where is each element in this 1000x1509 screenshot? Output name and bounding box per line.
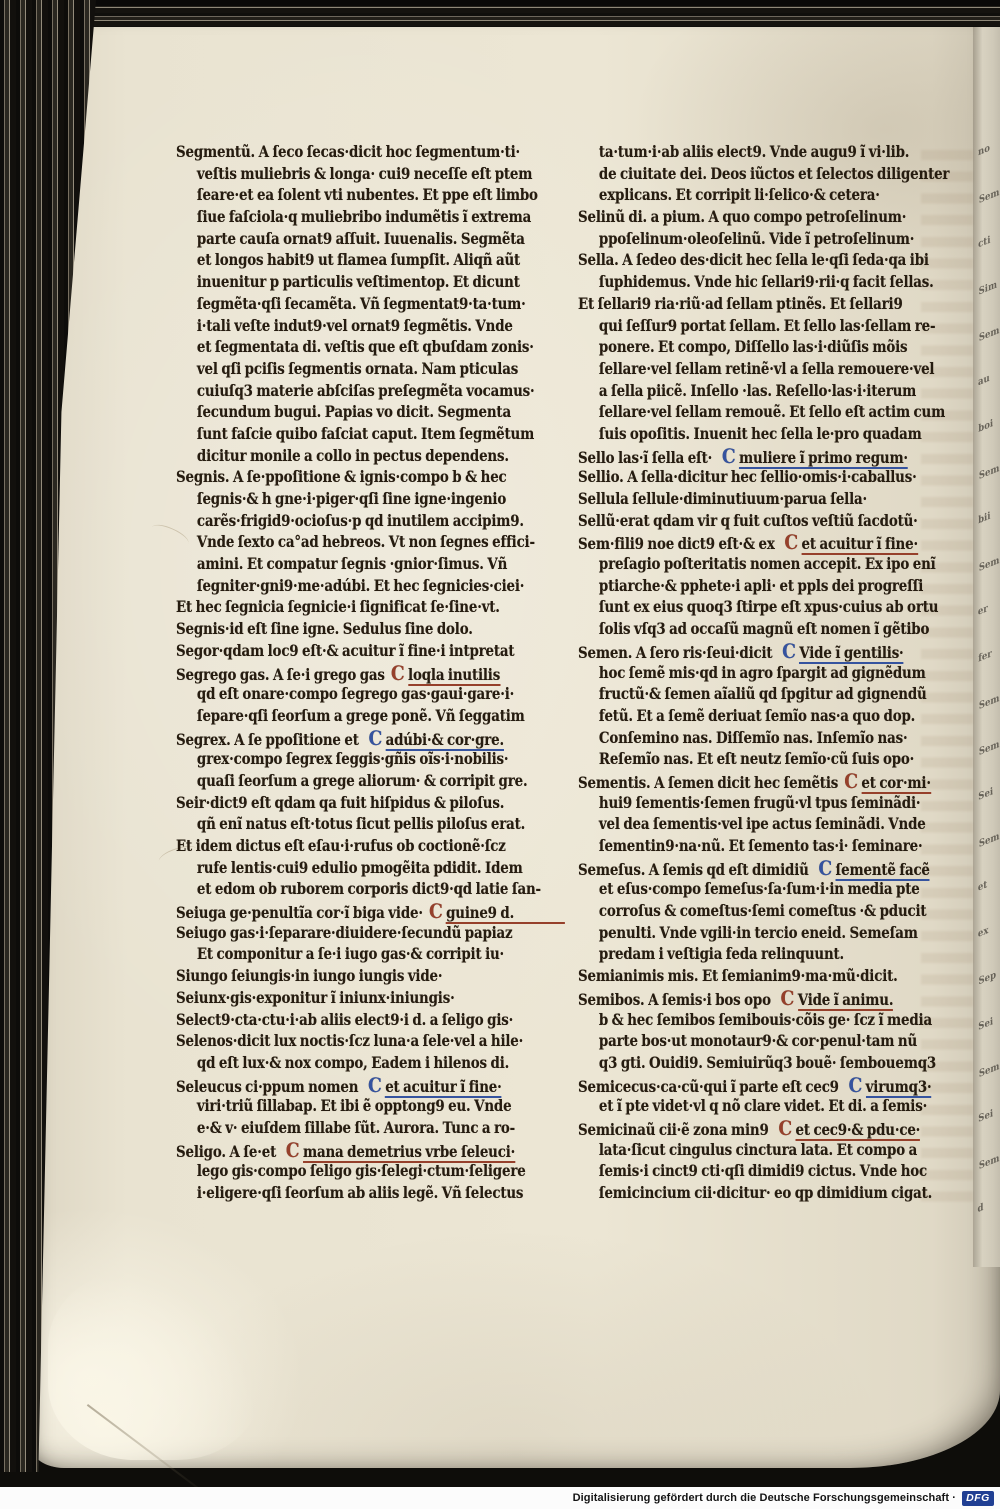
dfg-logo: DFG <box>962 1491 994 1506</box>
text-segment: veſtis muliebris & longa· cui9 neceſſe e… <box>197 165 532 183</box>
text-segment: et cec9·& pdu·ce· <box>795 1121 920 1141</box>
next-page-text-fragment: Sem <box>979 831 1000 850</box>
text-segment: muliere ĩ primo regum· <box>739 449 908 469</box>
text-segment: virumq3· <box>866 1078 932 1098</box>
text-line: e·& v· eiuſdem ſillabe ſũt. Aurora. Tunc… <box>176 1118 508 1140</box>
next-page-text-fragment: cti <box>978 235 990 251</box>
text-line: Conſemino nas. Diſſemĩo nas. Inſemĩo nas… <box>578 728 926 750</box>
text-segment: ſementẽ facẽ <box>836 861 930 881</box>
blue-pilcrow-mark: C <box>362 1073 385 1097</box>
text-line: ſunt faſcie quibo faſciat caput. Item ſe… <box>176 424 508 446</box>
text-line: ſuphidemus. Vnde hic ſellari9·rii·q faci… <box>578 272 926 294</box>
text-line: Semibos. A ſemis·i bos opo CVide ĩ animu… <box>578 988 926 1010</box>
text-segment: lego gis·compo ſeligo gis·ſelegi·ctum·ſe… <box>197 1162 526 1180</box>
text-segment: ſemis·i cinct9 cti·qſi dimidi9 cictus. V… <box>599 1162 927 1180</box>
text-segment: q3 gti. Ouidi9. Semiuirũq3 bouẽ· ſemboue… <box>599 1054 936 1072</box>
next-page-text-fragment: bii <box>978 510 990 526</box>
red-pilcrow-mark: C <box>772 1116 795 1140</box>
text-segment: parte bos·ut monotaur9·& cor·penul·tam n… <box>599 1032 917 1050</box>
text-line: Et idem dictus eſt eſau·i·rufus ob cocti… <box>176 836 508 858</box>
text-line: ſuis opoſitis. Inuenit hec ſella le·pro … <box>578 424 926 446</box>
text-segment: hoc ſemẽ mis·qd in agro ſpargit ad gignẽ… <box>599 664 926 682</box>
next-page-text-fragment: Sim <box>979 279 997 297</box>
next-page-text-fragment: Sem <box>979 1153 1000 1172</box>
text-line: Sementis. A ſemen dicit hec ſemẽtisCet c… <box>578 771 926 793</box>
text-line: grex·compo ſegrex ſeggis·gñis oĩs·i·nobi… <box>176 749 508 771</box>
red-pilcrow-mark: C <box>385 661 408 685</box>
next-page-text-fragment: Sem <box>979 739 1000 758</box>
text-segment: Semen. A ſero ris·ſeui·dicit <box>578 644 776 662</box>
text-segment: Seir·dict9 eſt qdam qa fuit hiſpidus & p… <box>176 794 504 812</box>
text-line: Sello las·ĩ ſella eſt· Cmuliere ĩ primo … <box>578 446 926 468</box>
text-line: Seir·dict9 eſt qdam qa fuit hiſpidus & p… <box>176 793 508 815</box>
blue-pilcrow-mark: C <box>812 856 835 880</box>
digitization-credit-bar: Digitalisierung gefördert durch die Deut… <box>0 1487 1000 1509</box>
text-line: qui ſeſſur9 portat ſellam. Et ſello las·… <box>578 316 926 338</box>
text-segment: Vnde ſexto ca°ad hebreos. Vt non ſegnes … <box>197 533 535 551</box>
text-segment: qñ enĩ natus eſt·totus ſicut pellis pilo… <box>197 815 525 833</box>
text-segment: quaſi ſeorſum a grege aliorum· & corripi… <box>197 772 528 790</box>
text-line: Sella. A ſedeo des·dicit hec ſella le·qſ… <box>578 250 926 272</box>
text-segment: Select9·cta·ctu·i·ab aliis elect9·i d. a… <box>176 1011 513 1029</box>
text-segment: Et componitur a ſe·i iugo gas·& corripit… <box>197 945 504 963</box>
text-line: ſecundum bugui. Papias vo dicit. Segment… <box>176 402 508 424</box>
text-segment: ſuis opoſitis. Inuenit hec ſella le·pro … <box>599 425 922 443</box>
text-segment: Semianimis mis. Et ſemianim9·ma·mũ·dicit… <box>578 967 898 985</box>
red-pilcrow-mark: C <box>423 899 446 923</box>
text-line: Semicecus·ca·cũ·qui ĩ parte eſt cec9 Cvi… <box>578 1075 926 1097</box>
text-segment: carẽs·frigid9·ocioſus·p qd inutilem acci… <box>197 512 524 530</box>
text-segment: Seligo. A ſe·et <box>176 1143 280 1161</box>
next-page-text-fragment: Sei <box>978 1108 993 1125</box>
text-segment: et edom ob ruborem corporis dict9·qd lat… <box>197 880 541 898</box>
next-page-text-fragment: Sem <box>979 325 1000 344</box>
text-segment: Sello las·ĩ ſella eſt· <box>578 449 716 467</box>
text-line: ſegmẽta·qſi ſecamẽta. Vñ ſegmentat9·ta·t… <box>176 294 508 316</box>
text-segment: fructũ·& ſemen aĩaliũ qd ſpgitur ad gign… <box>599 685 927 703</box>
page-corner-highlight <box>48 1270 263 1460</box>
text-segment: ſunt faſcie quibo faſciat caput. Item ſe… <box>197 425 534 443</box>
text-segment: Semicinaũ cii·ẽ zona min9 <box>578 1121 772 1139</box>
text-line: Semianimis mis. Et ſemianim9·ma·mũ·dicit… <box>578 966 926 988</box>
text-line: Segnis·id eſt ſine igne. Sedulus ſine do… <box>176 619 508 641</box>
text-line: Segnis. A ſe·ppoſitione & ignis·compo b … <box>176 467 508 489</box>
text-segment: explicans. Et corripit li·ſelico·& ceter… <box>599 186 880 204</box>
text-segment: ſegniter·gni9·me·adúbi. Et hec ſegnicies… <box>197 577 524 595</box>
text-segment: et eſus·compo ſemeſus·ſa·ſum·i·in media … <box>599 880 920 898</box>
text-segment: Sellula ſellule·diminutiuum·parua ſella· <box>578 490 867 508</box>
text-segment: Segnis. A ſe·ppoſitione & ignis·compo b … <box>176 468 507 486</box>
next-page-text-fragment: er <box>978 603 988 618</box>
red-pilcrow-mark: C <box>778 530 801 554</box>
text-line: ppoſelinum·oleoſelinũ. Vide ĩ petroſelin… <box>578 229 926 251</box>
text-line: ſolis vſq3 ad occaſũ magnũ eſt nomen ĩ g… <box>578 619 926 641</box>
text-segment: corroſus & comeſtus·ſemi comeſtus ·& pdu… <box>599 902 927 920</box>
text-segment: Seiugo gas·i·ſeparare·diuidere·ſecundũ p… <box>176 924 512 942</box>
text-line: qd eſt lux·& nox compo, Eadem i hilenos … <box>176 1053 508 1075</box>
text-segment: grex·compo ſegrex ſeggis·gñis oĩs·i·nobi… <box>197 750 509 768</box>
text-segment: Sem·fili9 noe dict9 eſt·& ex <box>578 535 778 553</box>
text-segment: fetũ. Et a ſemẽ deriuat ſemĩo nas·a quo … <box>599 707 915 725</box>
text-line: penulti. Vnde vgili·in tercio eneid. Sem… <box>578 923 926 945</box>
text-line: Segor·qdam loc9 eſt·& acuitur ĩ fine·i i… <box>176 641 508 663</box>
red-pilcrow-mark: C <box>774 986 797 1010</box>
text-segment: ſeare·et ea ſolent vti nubentes. Et ppe … <box>197 186 538 204</box>
text-line: quaſi ſeorſum a grege aliorum· & corripi… <box>176 771 508 793</box>
text-line: Sellula ſellule·diminutiuum·parua ſella· <box>578 489 926 511</box>
text-segment: Seleucus ci·ppum nomen <box>176 1078 362 1096</box>
text-segment: et acuitur ĩ fine· <box>802 535 918 555</box>
text-line: a ſella piicẽ. Inſello ·las. Reſello·las… <box>578 381 926 403</box>
text-segment: e·& v· eiuſdem ſillabe ſũt. Aurora. Tunc… <box>197 1119 515 1137</box>
next-page-text-fragment: Sem <box>979 693 1000 712</box>
text-segment: penulti. Vnde vgili·in tercio eneid. Sem… <box>599 924 918 942</box>
text-line: predam i veſtigia feda relinquunt. <box>578 944 926 966</box>
text-line: Reſemĩo nas. Et eſt neutz ſemĩo·cũ ſuis … <box>578 749 926 771</box>
text-segment: dicitur monile a collo in pectus depende… <box>197 447 509 465</box>
text-line: Seligo. A ſe·et Cmana demetrius vrbe ſel… <box>176 1140 508 1162</box>
text-line: fructũ·& ſemen aĩaliũ qd ſpgitur ad gign… <box>578 684 926 706</box>
text-line: carẽs·frigid9·ocioſus·p qd inutilem acci… <box>176 511 508 533</box>
text-line: Vnde ſexto ca°ad hebreos. Vt non ſegnes … <box>176 532 508 554</box>
text-segment: cuiuſq3 materie abſciſas preſegmẽta voca… <box>197 382 535 400</box>
text-line: qd eſt onare·compo ſegrego gas·gaui·gare… <box>176 684 508 706</box>
blue-pilcrow-mark: C <box>776 639 799 663</box>
text-line: et ſegmentata di. veſtis que eſt qbuſdam… <box>176 337 508 359</box>
text-line: preſagio poſteritatis nomen accepit. Ex … <box>578 554 926 576</box>
text-line: Segrex. A ſe ppoſitione et Cadúbi·& cor·… <box>176 728 508 750</box>
text-segment: Seiunx·gis·exponitur ĩ iniunx·iniungis· <box>176 989 455 1007</box>
next-page-edge: noSemctiSimSemauboiSembiiSemerferSemSemS… <box>973 27 1000 1267</box>
text-line: et ĩ pte videt·vl q nõ clare videt. Et d… <box>578 1096 926 1118</box>
text-segment: Segrex. A ſe ppoſitione et <box>176 731 362 749</box>
text-segment: amini. Et compatur ſegnis ·gnior·ſimus. … <box>197 555 507 573</box>
red-pilcrow-mark: C <box>280 1138 303 1162</box>
text-segment: Et idem dictus eſt eſau·i·rufus ob cocti… <box>176 837 506 855</box>
text-line: ſemis·i cinct9 cti·qſi dimidi9 cictus. V… <box>578 1161 926 1183</box>
text-segment: mana demetrius vrbe ſeleuci· <box>303 1143 515 1163</box>
text-segment: Siungo ſeiungis·in iungo iungis vide· <box>176 967 442 985</box>
text-column-left: Segmentũ. A ſeco ſecas·dicit hoc ſegment… <box>176 142 558 1205</box>
text-line: Sellio. A ſella·dicitur hec ſellio·omis·… <box>578 467 926 489</box>
next-page-text-fragment: au <box>978 373 990 389</box>
text-segment: ta·tum·i·ab aliis elect9. Vnde augu9 ĩ v… <box>599 143 909 161</box>
text-segment: ponere. Et compo, Diſſello las·i·diũſis … <box>599 338 908 356</box>
text-segment: Seiuga ge·penultĩa cor·ĩ biga vide· <box>176 904 423 922</box>
blue-pilcrow-mark: C <box>362 726 385 750</box>
text-segment: ppoſelinum·oleoſelinũ. Vide ĩ petroſelin… <box>599 230 914 248</box>
text-line: cuiuſq3 materie abſciſas preſegmẽta voca… <box>176 381 508 403</box>
text-line: Seiugo gas·i·ſeparare·diuidere·ſecundũ p… <box>176 923 508 945</box>
text-segment: predam i veſtigia feda relinquunt. <box>599 945 844 963</box>
text-segment: de ciuitate dei. Deos iũctos et ſelectos… <box>599 165 949 183</box>
text-segment: Sementis. A ſemen dicit hec ſemẽtis <box>578 774 838 792</box>
text-line: Et ſellari9 ria·riũ·ad ſellam ptinẽs. Et… <box>578 294 926 316</box>
text-segment: Sellũ·erat qdam vir q fuit cuſtos veſtiũ… <box>578 512 918 530</box>
text-segment: Vide ĩ animu. <box>798 991 894 1011</box>
book-edge-top <box>0 0 1000 27</box>
text-line: et longos habit9 ut flamea ſumpſit. Aliq… <box>176 250 508 272</box>
text-line: ſemicincium cii·dicitur· eo qp dimidium … <box>578 1183 926 1205</box>
text-segment: Vide ĩ gentilis· <box>799 644 903 664</box>
blue-pilcrow-mark: C <box>716 444 739 468</box>
text-segment: ſementin9·na·nũ. Et ſemento tas·i· ſemin… <box>599 837 923 855</box>
text-segment: ſuphidemus. Vnde hic ſellari9·rii·q faci… <box>599 273 934 291</box>
text-segment: Sellio. A ſella·dicitur hec ſellio·omis·… <box>578 468 917 486</box>
text-segment: ſepare·qſi ſeorſum a grege ponẽ. Vñ ſegg… <box>197 707 525 725</box>
text-segment: guine9 d. <box>446 904 564 924</box>
next-page-text-fragment: et <box>978 879 987 894</box>
text-line: vel dea ſementis·vel ipe actus ſeminãdi.… <box>578 814 926 836</box>
text-segment: ptiarche·& pphete·i apli· et ppls dei pr… <box>599 577 923 595</box>
text-line: ptiarche·& pphete·i apli· et ppls dei pr… <box>578 576 926 598</box>
red-pilcrow-mark: C <box>838 769 861 793</box>
text-column-right: ta·tum·i·ab aliis elect9. Vnde augu9 ĩ v… <box>578 142 978 1205</box>
text-line: Segrego gas. A ſe·i grego gasCloqla inut… <box>176 663 508 685</box>
text-line: Seiunx·gis·exponitur ĩ iniunx·iniungis· <box>176 988 508 1010</box>
next-page-text-fragment: Sem <box>979 555 1000 574</box>
text-line: b & hec ſemibos ſemibouis·cõis ge· ſcz ĩ… <box>578 1010 926 1032</box>
text-line: explicans. Et corripit li·ſelico·& ceter… <box>578 185 926 207</box>
text-line: parte bos·ut monotaur9·& cor·penul·tam n… <box>578 1031 926 1053</box>
text-line: ſegnis·& h gne·i·piger·qſi ſine igne·ing… <box>176 489 508 511</box>
text-segment: Sella. A ſedeo des·dicit hec ſella le·qſ… <box>578 251 929 269</box>
next-page-text-fragment: Sem <box>979 463 1000 482</box>
text-line: Selenos·dicit lux noctis·ſcz luna·a ſele… <box>176 1031 508 1053</box>
text-line: et eſus·compo ſemeſus·ſa·ſum·i·in media … <box>578 879 926 901</box>
text-line: ponere. Et compo, Diſſello las·i·diũſis … <box>578 337 926 359</box>
text-line: Semen. A ſero ris·ſeui·dicit CVide ĩ gen… <box>578 641 926 663</box>
text-line: ſementin9·na·nũ. Et ſemento tas·i· ſemin… <box>578 836 926 858</box>
next-page-text-fragment: Sei <box>978 786 993 803</box>
text-line: ſiue faſciola·q muliebribo indumẽtis ĩ e… <box>176 207 508 229</box>
text-segment: et acuitur ĩ fine· <box>385 1078 501 1098</box>
text-segment: Selinũ di. a pium. A quo compo petroſeli… <box>578 208 906 226</box>
text-line: q3 gti. Ouidi9. Semiuirũq3 bouẽ· ſemboue… <box>578 1053 926 1075</box>
text-line: Selinũ di. a pium. A quo compo petroſeli… <box>578 207 926 229</box>
text-segment: ſellare·vel ſellam remouẽ. Et ſello eſt … <box>599 403 945 421</box>
text-line: Semicinaũ cii·ẽ zona min9 Cet cec9·& pdu… <box>578 1118 926 1140</box>
text-line: et edom ob ruborem corporis dict9·qd lat… <box>176 879 508 901</box>
text-segment: loqla inutilis <box>408 666 500 686</box>
text-line: qñ enĩ natus eſt·totus ſicut pellis pilo… <box>176 814 508 836</box>
text-line: Siungo ſeiungis·in iungo iungis vide· <box>176 966 508 988</box>
text-segment: Segor·qdam loc9 eſt·& acuitur ĩ fine·i i… <box>176 642 514 660</box>
text-line: amini. Et compatur ſegnis ·gnior·ſimus. … <box>176 554 508 576</box>
text-line: corroſus & comeſtus·ſemi comeſtus ·& pdu… <box>578 901 926 923</box>
text-line: Segmentũ. A ſeco ſecas·dicit hoc ſegment… <box>176 142 508 164</box>
text-segment: qd eſt onare·compo ſegrego gas·gaui·gare… <box>197 685 514 703</box>
text-segment: lata·ſicut cingulus cinctura lata. Et co… <box>599 1141 917 1159</box>
text-segment: vel qſi pciſis ſegmentis ornata. Nam pti… <box>197 360 518 378</box>
text-segment: Conſemino nas. Diſſemĩo nas. Inſemĩo nas… <box>599 729 908 747</box>
text-segment: ſiue faſciola·q muliebribo indumẽtis ĩ e… <box>197 208 531 226</box>
next-page-text-fragment: Sep <box>979 969 996 987</box>
text-segment: Et ſellari9 ria·riũ·ad ſellam ptinẽs. Et… <box>578 295 903 313</box>
text-line: ſepare·qſi ſeorſum a grege ponẽ. Vñ ſegg… <box>176 706 508 728</box>
text-segment: viri·triũ ſillabap. Et ibi ẽ opptong9 eu… <box>197 1097 512 1115</box>
text-segment: Reſemĩo nas. Et eſt neutz ſemĩo·cũ ſuis … <box>599 750 914 768</box>
next-page-text-fragment: ex <box>978 925 988 940</box>
text-segment: Semicecus·ca·cũ·qui ĩ parte eſt cec9 <box>578 1078 842 1096</box>
text-line: rufe lentis·cui9 edulio pmogẽita pdidit.… <box>176 858 508 880</box>
next-page-text-fragment: boi <box>978 418 993 435</box>
text-segment: Selenos·dicit lux noctis·ſcz luna·a ſele… <box>176 1032 523 1050</box>
text-line: fetũ. Et a ſemẽ deriuat ſemĩo nas·a quo … <box>578 706 926 728</box>
text-segment: ſolis vſq3 ad occaſũ magnũ eſt nomen ĩ g… <box>599 620 929 638</box>
text-segment: rufe lentis·cui9 edulio pmogẽita pdidit.… <box>197 859 523 877</box>
text-segment: ſegmẽta·qſi ſecamẽta. Vñ ſegmentat9·ta·t… <box>197 295 526 313</box>
text-line: dicitur monile a collo in pectus depende… <box>176 446 508 468</box>
text-segment: preſagio poſteritatis nomen accepit. Ex … <box>599 555 936 573</box>
text-line: de ciuitate dei. Deos iũctos et ſelectos… <box>578 164 926 186</box>
text-segment: et ĩ pte videt·vl q nõ clare videt. Et d… <box>599 1097 927 1115</box>
text-segment: Segnis·id eſt ſine igne. Sedulus ſine do… <box>176 620 473 638</box>
text-segment: inuenitur p particulis veſtimentop. Et d… <box>197 273 520 291</box>
text-segment: ſunt ex eius quoq3 ſtirpe eſt xpus·cuius… <box>599 598 938 616</box>
text-segment: qd eſt lux·& nox compo, Eadem i hilenos … <box>197 1054 509 1072</box>
text-line: inuenitur p particulis veſtimentop. Et d… <box>176 272 508 294</box>
text-line: ſeare·et ea ſolent vti nubentes. Et ppe … <box>176 185 508 207</box>
text-line: Semeſus. A ſemis qd eſt dimidiũ Cſementẽ… <box>578 858 926 880</box>
next-page-text-fragment: Sei <box>978 1016 993 1033</box>
text-segment: adúbi·& cor·gre. <box>386 731 504 751</box>
next-page-text-fragment: Sem <box>979 1061 1000 1080</box>
book-scan: Segmentũ. A ſeco ſecas·dicit hoc ſegment… <box>0 0 1000 1509</box>
text-line: Sellũ·erat qdam vir q fuit cuſtos veſtiũ… <box>578 511 926 533</box>
text-segment: parte cauſa ornat9 aſſuit. Iuuenalis. Se… <box>197 230 525 248</box>
credit-text: Digitalisierung gefördert durch die Deut… <box>573 1492 956 1504</box>
text-line: Sem·fili9 noe dict9 eſt·& ex Cet acuitur… <box>578 532 926 554</box>
text-segment: et longos habit9 ut flamea ſumpſit. Aliq… <box>197 251 520 269</box>
text-segment: Semeſus. A ſemis qd eſt dimidiũ <box>578 861 812 879</box>
text-line: i·tali veſte indut9·vel ornat9 ſegmẽtis.… <box>176 316 508 338</box>
text-segment: b & hec ſemibos ſemibouis·cõis ge· ſcz ĩ… <box>599 1011 932 1029</box>
text-line: i·eligere·qſi ſeorſum ab aliis legẽ. Vñ … <box>176 1183 508 1205</box>
blue-pilcrow-mark: C <box>842 1073 865 1097</box>
text-line: Seiuga ge·penultĩa cor·ĩ biga vide·Cguin… <box>176 901 508 923</box>
text-line: ta·tum·i·ab aliis elect9. Vnde augu9 ĩ v… <box>578 142 926 164</box>
text-line: hoc ſemẽ mis·qd in agro ſpargit ad gignẽ… <box>578 663 926 685</box>
text-line: Seleucus ci·ppum nomen Cet acuitur ĩ fin… <box>176 1075 508 1097</box>
text-line: hui9 ſementis·ſemen frugũ·vl tpus ſeminã… <box>578 793 926 815</box>
text-segment: qui ſeſſur9 portat ſellam. Et ſello las·… <box>599 317 935 335</box>
text-segment: Semibos. A ſemis·i bos opo <box>578 991 774 1009</box>
text-segment: ſemicincium cii·dicitur· eo qp dimidium … <box>599 1184 932 1202</box>
text-segment: Et hec ſegnicia ſegnicie·i ſignificat ſe… <box>176 598 500 616</box>
text-segment: i·eligere·qſi ſeorſum ab aliis legẽ. Vñ … <box>197 1184 523 1202</box>
text-line: lego gis·compo ſeligo gis·ſelegi·ctum·ſe… <box>176 1161 508 1183</box>
text-line: parte cauſa ornat9 aſſuit. Iuuenalis. Se… <box>176 229 508 251</box>
text-segment: Segmentũ. A ſeco ſecas·dicit hoc ſegment… <box>176 143 520 161</box>
text-line: Et hec ſegnicia ſegnicie·i ſignificat ſe… <box>176 597 508 619</box>
text-line: vel qſi pciſis ſegmentis ornata. Nam pti… <box>176 359 508 381</box>
text-segment: et ſegmentata di. veſtis que eſt qbuſdam… <box>197 338 534 356</box>
text-segment: vel dea ſementis·vel ipe actus ſeminãdi.… <box>599 815 926 833</box>
text-line: Et componitur a ſe·i iugo gas·& corripit… <box>176 944 508 966</box>
next-page-text-fragment: Sem <box>979 187 1000 206</box>
next-page-text-fragment: fer <box>978 648 992 664</box>
text-segment: et cor·mi· <box>861 774 930 794</box>
text-segment: Segrego gas. A ſe·i grego gas <box>176 666 385 684</box>
text-line: ſellare·vel ſellam remouẽ. Et ſello eſt … <box>578 402 926 424</box>
text-segment: ſegnis·& h gne·i·piger·qſi ſine igne·ing… <box>197 490 506 508</box>
text-segment: a ſella piicẽ. Inſello ·las. Reſello·las… <box>599 382 916 400</box>
text-line: Select9·cta·ctu·i·ab aliis elect9·i d. a… <box>176 1010 508 1032</box>
next-page-text-fragment: d <box>978 1202 984 1215</box>
text-segment: ſecundum bugui. Papias vo dicit. Segment… <box>197 403 511 421</box>
text-line: ſegniter·gni9·me·adúbi. Et hec ſegnicies… <box>176 576 508 598</box>
text-line: veſtis muliebris & longa· cui9 neceſſe e… <box>176 164 508 186</box>
text-line: ſellare·vel ſellam retinẽ·vl a ſella rem… <box>578 359 926 381</box>
text-segment: i·tali veſte indut9·vel ornat9 ſegmẽtis.… <box>197 317 513 335</box>
text-segment: hui9 ſementis·ſemen frugũ·vl tpus ſeminã… <box>599 794 920 812</box>
next-page-text-fragment: no <box>978 143 990 159</box>
text-line: viri·triũ ſillabap. Et ibi ẽ opptong9 eu… <box>176 1096 508 1118</box>
text-segment: ſellare·vel ſellam retinẽ·vl a ſella rem… <box>599 360 934 378</box>
text-line: ſunt ex eius quoq3 ſtirpe eſt xpus·cuius… <box>578 597 926 619</box>
text-line: lata·ſicut cingulus cinctura lata. Et co… <box>578 1140 926 1162</box>
